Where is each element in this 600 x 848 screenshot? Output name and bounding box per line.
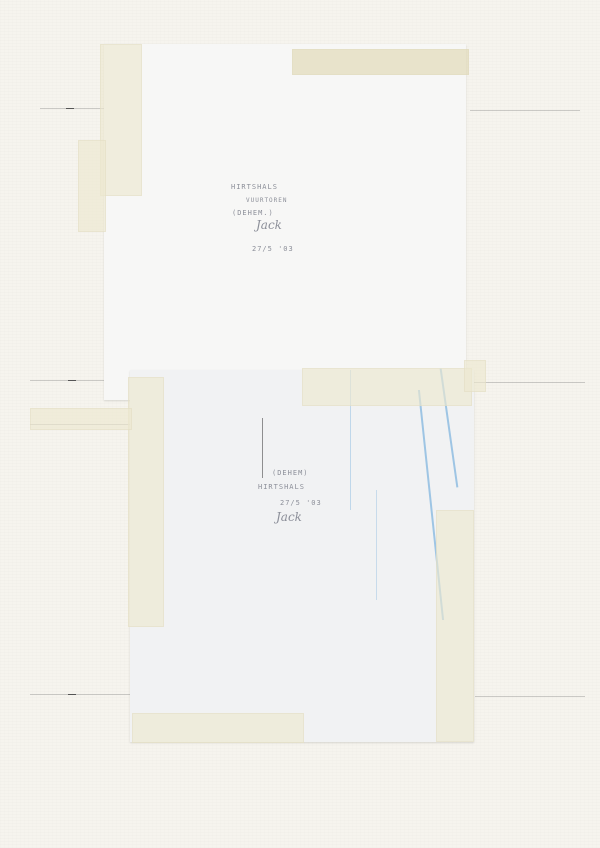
note-bottom-line-1: (DEHEM)	[272, 468, 309, 479]
guide-line-bottom-right	[475, 696, 585, 697]
blue-crayon-stroke	[376, 490, 377, 600]
tape-bottom-bottom	[132, 713, 304, 743]
tape-mid-left	[30, 408, 132, 430]
note-top-date: 27/5 '03	[252, 244, 294, 255]
guide-tick	[68, 694, 76, 695]
guide-tick	[68, 380, 76, 381]
paper-sheet-top: HIRTSHALS VUURTOREN (DEHEM.) Jack 27/5 '…	[104, 44, 466, 400]
scan-canvas: { "sheet_top": { "lines": ["HIRTSHALS", …	[0, 0, 600, 848]
guide-line-bottom	[30, 694, 130, 695]
note-top-line-2: VUURTOREN	[246, 195, 288, 206]
tape-mid-right	[464, 360, 486, 392]
note-top-signature: Jack	[256, 220, 282, 231]
pencil-mark	[262, 418, 263, 478]
guide-tick	[66, 108, 74, 109]
guide-line-mid-right	[470, 382, 585, 383]
tape-top-right	[292, 49, 469, 75]
guide-line-top-right	[470, 110, 580, 111]
tape-top-left	[100, 44, 142, 196]
tape-bottom-left	[128, 377, 164, 627]
tape-top-left-lower	[78, 140, 106, 232]
note-bottom-line-2: HIRTSHALS	[258, 482, 305, 493]
tape-bottom-top	[302, 368, 472, 406]
note-bottom-date: 27/5 '03	[280, 498, 322, 509]
note-bottom-signature: Jack	[276, 512, 302, 523]
paper-sheet-bottom: (DEHEM) HIRTSHALS 27/5 '03 Jack	[130, 370, 474, 742]
tape-bottom-right	[436, 510, 474, 742]
note-top-line-1: HIRTSHALS	[231, 182, 278, 193]
